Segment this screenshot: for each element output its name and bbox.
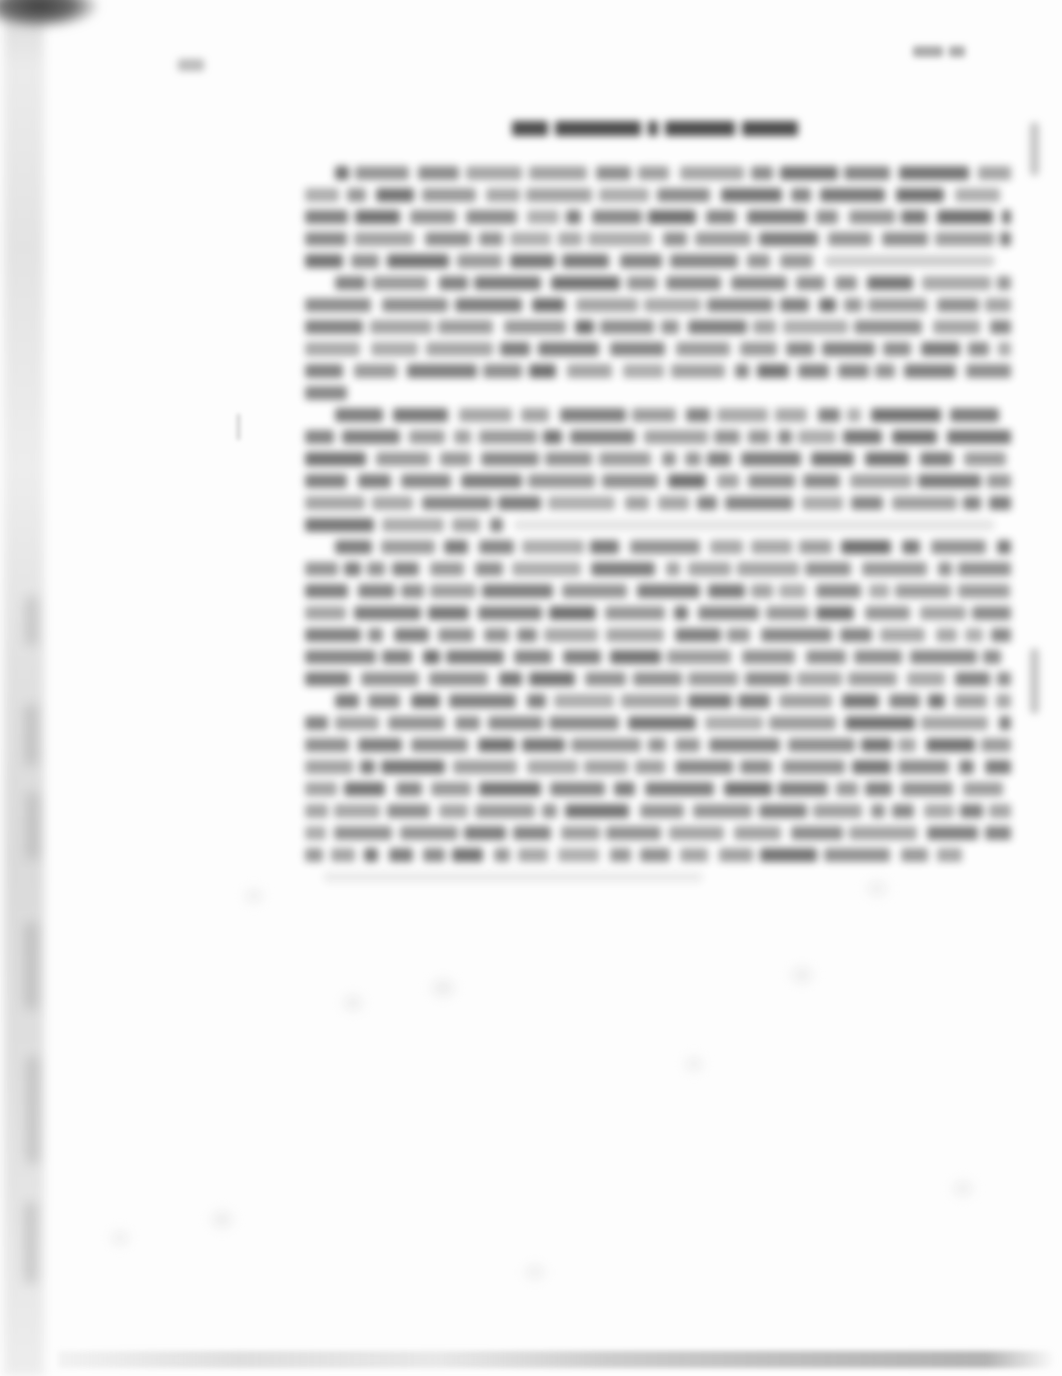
word-blob bbox=[305, 518, 374, 532]
word-blob bbox=[542, 804, 557, 818]
word-blob bbox=[644, 298, 701, 312]
word-blob bbox=[517, 628, 537, 642]
word-blob bbox=[931, 540, 986, 554]
word-blob bbox=[554, 694, 614, 708]
word-blob bbox=[479, 540, 514, 554]
word-blob bbox=[734, 826, 781, 840]
word-blob bbox=[305, 738, 349, 752]
word-blob bbox=[769, 716, 836, 730]
word-blob bbox=[955, 188, 1000, 202]
word-blob bbox=[663, 232, 687, 246]
word-blob bbox=[610, 342, 665, 356]
word-blob bbox=[748, 474, 795, 488]
word-blob bbox=[868, 298, 927, 312]
word-blob bbox=[510, 254, 555, 268]
word-blob bbox=[178, 59, 204, 71]
word-blob bbox=[351, 254, 379, 268]
word-blob bbox=[685, 452, 701, 466]
word-blob bbox=[669, 826, 724, 840]
word-blob bbox=[518, 848, 548, 862]
word-blob bbox=[430, 584, 476, 598]
paper-spot bbox=[344, 996, 362, 1010]
word-blob bbox=[305, 474, 347, 488]
word-blob bbox=[937, 848, 962, 862]
word-blob bbox=[901, 210, 927, 224]
word-blob bbox=[740, 760, 772, 774]
word-blob bbox=[640, 848, 670, 862]
word-blob bbox=[670, 254, 738, 268]
word-blob bbox=[697, 496, 717, 510]
word-blob bbox=[305, 716, 328, 730]
word-blob bbox=[907, 672, 945, 686]
word-blob bbox=[918, 474, 981, 488]
word-blob bbox=[600, 320, 654, 334]
word-blob bbox=[527, 760, 578, 774]
word-blob bbox=[949, 46, 965, 57]
blurred-text-line bbox=[305, 580, 1011, 602]
word-blob bbox=[364, 848, 378, 862]
blurred-text-line bbox=[305, 272, 1011, 294]
word-blob bbox=[513, 826, 551, 840]
word-blob bbox=[305, 760, 353, 774]
word-blob bbox=[674, 606, 688, 620]
word-blob bbox=[305, 584, 348, 598]
word-blob bbox=[621, 694, 681, 708]
word-blob bbox=[818, 408, 840, 422]
word-blob bbox=[936, 628, 957, 642]
word-blob bbox=[558, 232, 582, 246]
word-blob bbox=[610, 848, 631, 862]
word-blob bbox=[997, 276, 1011, 290]
word-blob bbox=[479, 782, 541, 796]
word-blob bbox=[688, 672, 738, 686]
word-blob bbox=[335, 716, 379, 730]
word-blob bbox=[396, 782, 422, 796]
word-blob bbox=[737, 562, 799, 576]
word-blob bbox=[610, 650, 661, 664]
word-blob bbox=[927, 826, 978, 840]
word-blob bbox=[522, 540, 584, 554]
word-blob bbox=[955, 672, 990, 686]
word-blob bbox=[486, 188, 520, 202]
blurred-text-line bbox=[305, 448, 1011, 470]
word-blob bbox=[797, 672, 842, 686]
word-blob bbox=[921, 342, 960, 356]
word-blob bbox=[648, 738, 666, 752]
word-blob bbox=[423, 650, 440, 664]
word-blob bbox=[527, 210, 559, 224]
word-blob bbox=[464, 826, 506, 840]
word-blob bbox=[527, 694, 546, 708]
word-blob bbox=[688, 694, 732, 708]
word-blob bbox=[658, 496, 689, 510]
paper-spot bbox=[246, 890, 262, 902]
word-blob bbox=[745, 672, 791, 686]
word-blob bbox=[562, 584, 627, 598]
word-blob bbox=[989, 496, 1011, 510]
word-blob bbox=[707, 452, 731, 466]
word-blob bbox=[418, 166, 459, 180]
word-blob bbox=[747, 254, 770, 268]
word-blob bbox=[614, 782, 635, 796]
blurred-text-line bbox=[305, 822, 1011, 844]
word-blob bbox=[358, 474, 391, 488]
word-blob bbox=[394, 628, 429, 642]
word-blob bbox=[376, 188, 414, 202]
word-blob bbox=[904, 364, 956, 378]
blurred-text-line bbox=[305, 712, 1011, 734]
word-blob bbox=[665, 121, 735, 136]
blurred-text-line bbox=[305, 250, 1011, 272]
word-blob bbox=[410, 210, 456, 224]
word-blob bbox=[571, 738, 641, 752]
word-blob bbox=[305, 606, 346, 620]
word-blob bbox=[638, 166, 669, 180]
word-blob bbox=[791, 188, 811, 202]
word-blob bbox=[454, 430, 471, 444]
word-blob bbox=[869, 584, 889, 598]
word-blob bbox=[475, 804, 535, 818]
blurred-text-line bbox=[305, 426, 1011, 448]
word-blob bbox=[709, 738, 780, 752]
word-blob bbox=[482, 584, 553, 598]
word-blob bbox=[963, 782, 1003, 796]
word-blob bbox=[644, 430, 708, 444]
word-blob bbox=[459, 408, 512, 422]
word-blob bbox=[662, 452, 676, 466]
word-blob bbox=[920, 606, 966, 620]
word-blob bbox=[668, 474, 706, 488]
gutter-smudge bbox=[25, 922, 37, 1010]
word-blob bbox=[347, 188, 366, 202]
word-blob bbox=[305, 298, 371, 312]
word-blob bbox=[358, 738, 402, 752]
word-blob bbox=[844, 298, 862, 312]
word-blob bbox=[892, 430, 937, 444]
binding-gutter-shadow bbox=[4, 0, 44, 1376]
word-blob bbox=[844, 166, 890, 180]
word-blob bbox=[759, 804, 807, 818]
word-blob bbox=[431, 782, 471, 796]
word-blob bbox=[989, 804, 1011, 818]
word-blob bbox=[759, 232, 818, 246]
word-blob bbox=[368, 694, 400, 708]
word-blob bbox=[478, 606, 542, 620]
word-blob bbox=[693, 804, 752, 818]
word-blob bbox=[529, 672, 575, 686]
word-blob bbox=[453, 760, 517, 774]
word-blob bbox=[305, 342, 360, 356]
word-blob bbox=[446, 650, 504, 664]
word-blob bbox=[843, 430, 882, 444]
word-blob bbox=[562, 254, 609, 268]
word-blob bbox=[852, 760, 891, 774]
word-blob bbox=[452, 848, 483, 862]
word-blob bbox=[372, 276, 428, 290]
word-blob bbox=[998, 342, 1011, 356]
word-blob bbox=[707, 298, 773, 312]
word-blob bbox=[747, 210, 807, 224]
word-blob bbox=[740, 342, 777, 356]
blurred-text-line bbox=[305, 338, 1011, 360]
word-blob bbox=[731, 276, 787, 290]
word-blob bbox=[400, 826, 458, 840]
word-blob bbox=[902, 540, 920, 554]
word-blob bbox=[494, 848, 510, 862]
word-blob bbox=[675, 760, 733, 774]
word-blob bbox=[381, 540, 435, 554]
word-blob bbox=[479, 232, 503, 246]
word-blob bbox=[305, 188, 339, 202]
word-blob bbox=[675, 738, 700, 752]
word-blob bbox=[334, 826, 392, 840]
word-blob bbox=[816, 584, 861, 598]
word-blob bbox=[816, 606, 854, 620]
word-blob bbox=[999, 716, 1011, 730]
word-blob bbox=[822, 342, 875, 356]
word-blob bbox=[490, 518, 503, 532]
word-blob bbox=[865, 606, 910, 620]
word-blob bbox=[706, 210, 736, 224]
blurred-text-line bbox=[305, 206, 1011, 228]
word-blob bbox=[335, 540, 372, 554]
word-blob bbox=[411, 738, 468, 752]
word-blob bbox=[924, 804, 954, 818]
word-blob bbox=[896, 188, 944, 202]
word-blob bbox=[461, 474, 522, 488]
gutter-smudge bbox=[27, 1056, 38, 1164]
word-blob bbox=[875, 364, 895, 378]
word-blob bbox=[335, 166, 349, 180]
word-blob bbox=[478, 738, 515, 752]
word-blob bbox=[382, 518, 444, 532]
blurred-text-line bbox=[305, 800, 1011, 822]
word-blob bbox=[367, 562, 385, 576]
word-blob bbox=[543, 430, 562, 444]
word-blob bbox=[632, 408, 676, 422]
word-blob bbox=[835, 276, 857, 290]
word-blob bbox=[889, 694, 920, 708]
word-blob bbox=[779, 584, 806, 598]
word-blob bbox=[474, 276, 541, 290]
header-right-blur bbox=[913, 42, 971, 61]
word-blob bbox=[854, 320, 922, 334]
word-blob bbox=[401, 474, 451, 488]
word-blob bbox=[305, 650, 376, 664]
word-blob bbox=[354, 232, 414, 246]
word-blob bbox=[780, 298, 809, 312]
word-blob bbox=[724, 782, 772, 796]
word-blob bbox=[538, 342, 599, 356]
word-blob bbox=[488, 716, 543, 730]
ghost-line bbox=[305, 866, 1011, 888]
word-blob bbox=[449, 694, 516, 708]
word-blob bbox=[964, 452, 1006, 466]
word-blob bbox=[529, 166, 587, 180]
word-blob bbox=[882, 232, 928, 246]
word-blob bbox=[563, 650, 601, 664]
word-blob bbox=[657, 188, 710, 202]
word-blob bbox=[966, 364, 1011, 378]
word-blob bbox=[439, 276, 468, 290]
word-blob bbox=[901, 782, 953, 796]
smudge-bar bbox=[513, 519, 995, 531]
word-blob bbox=[991, 628, 1011, 642]
word-blob bbox=[972, 606, 1011, 620]
word-blob bbox=[439, 804, 468, 818]
word-blob bbox=[883, 342, 911, 356]
word-blob bbox=[360, 760, 375, 774]
word-blob bbox=[387, 254, 449, 268]
word-blob bbox=[429, 672, 488, 686]
word-blob bbox=[937, 210, 993, 224]
word-blob bbox=[983, 650, 1001, 664]
word-blob bbox=[820, 188, 885, 202]
word-blob bbox=[968, 342, 989, 356]
word-blob bbox=[372, 496, 413, 510]
word-blob bbox=[721, 188, 782, 202]
word-blob bbox=[381, 760, 445, 774]
word-blob bbox=[741, 452, 801, 466]
stray-mark bbox=[237, 414, 240, 440]
word-blob bbox=[305, 562, 338, 576]
word-blob bbox=[985, 760, 1011, 774]
word-blob bbox=[901, 848, 928, 862]
word-blob bbox=[811, 452, 854, 466]
blurred-text-line bbox=[305, 690, 1011, 712]
word-blob bbox=[892, 496, 957, 510]
word-blob bbox=[898, 738, 916, 752]
word-blob bbox=[592, 210, 642, 224]
word-blob bbox=[799, 540, 832, 554]
word-blob bbox=[483, 364, 522, 378]
word-blob bbox=[947, 430, 1011, 444]
word-blob bbox=[987, 474, 1011, 488]
word-blob bbox=[382, 650, 412, 664]
word-blob bbox=[719, 848, 753, 862]
word-blob bbox=[862, 562, 927, 576]
word-blob bbox=[590, 540, 619, 554]
word-blob bbox=[963, 496, 981, 510]
word-blob bbox=[512, 562, 581, 576]
word-blob bbox=[671, 364, 725, 378]
word-blob bbox=[305, 430, 334, 444]
word-blob bbox=[751, 166, 773, 180]
word-blob bbox=[645, 782, 714, 796]
word-blob bbox=[455, 298, 522, 312]
word-blob bbox=[444, 540, 468, 554]
word-blob bbox=[407, 364, 477, 378]
word-blob bbox=[484, 628, 509, 642]
word-blob bbox=[371, 342, 418, 356]
paper-spot bbox=[954, 1182, 972, 1195]
word-blob bbox=[555, 121, 641, 136]
blurred-text-line bbox=[305, 668, 1011, 690]
word-blob bbox=[950, 408, 999, 422]
blurred-text-line bbox=[305, 624, 1011, 646]
word-blob bbox=[648, 210, 696, 224]
word-blob bbox=[411, 694, 440, 708]
word-blob bbox=[625, 496, 649, 510]
word-blob bbox=[751, 584, 773, 598]
word-blob bbox=[648, 121, 658, 136]
word-blob bbox=[933, 320, 980, 334]
word-blob bbox=[510, 232, 551, 246]
gutter-smudge bbox=[26, 596, 37, 646]
word-blob bbox=[602, 474, 658, 488]
paper-spot bbox=[212, 1212, 232, 1227]
word-blob bbox=[996, 694, 1011, 708]
word-blob bbox=[778, 782, 828, 796]
word-blob bbox=[305, 628, 361, 642]
word-blob bbox=[710, 540, 743, 554]
word-blob bbox=[388, 716, 445, 730]
word-blob bbox=[725, 496, 793, 510]
paper-spot bbox=[526, 1266, 544, 1278]
word-blob bbox=[796, 276, 825, 290]
word-blob bbox=[840, 628, 872, 642]
blurred-text-line bbox=[305, 184, 1011, 206]
blurred-text-line bbox=[305, 382, 1011, 404]
word-blob bbox=[806, 650, 846, 664]
word-blob bbox=[305, 452, 366, 466]
word-blob bbox=[861, 738, 892, 752]
word-blob bbox=[392, 562, 419, 576]
word-blob bbox=[576, 298, 638, 312]
blurred-text-line bbox=[305, 294, 1011, 316]
word-blob bbox=[798, 364, 829, 378]
word-blob bbox=[305, 672, 350, 686]
word-blob bbox=[305, 210, 348, 224]
word-blob bbox=[466, 210, 517, 224]
blurred-text-line bbox=[305, 536, 1011, 558]
word-blob bbox=[605, 606, 665, 620]
word-blob bbox=[305, 804, 328, 818]
word-blob bbox=[661, 320, 679, 334]
word-blob bbox=[344, 562, 361, 576]
word-blob bbox=[558, 848, 599, 862]
word-blob bbox=[742, 121, 798, 136]
word-blob bbox=[851, 496, 883, 510]
word-blob bbox=[798, 430, 836, 444]
blurred-text-line bbox=[305, 316, 1011, 338]
word-blob bbox=[548, 496, 615, 510]
word-blob bbox=[978, 166, 1011, 180]
edge-smudge bbox=[1030, 122, 1039, 176]
word-blob bbox=[422, 188, 476, 202]
word-blob bbox=[425, 232, 471, 246]
word-blob bbox=[850, 474, 912, 488]
word-blob bbox=[438, 628, 474, 642]
gutter-smudge bbox=[25, 704, 37, 766]
word-blob bbox=[606, 628, 664, 642]
word-blob bbox=[782, 760, 845, 774]
word-blob bbox=[426, 342, 493, 356]
word-blob bbox=[335, 276, 366, 290]
paper-spot bbox=[112, 1232, 128, 1244]
word-blob bbox=[688, 562, 731, 576]
word-blob bbox=[305, 364, 343, 378]
word-blob bbox=[628, 716, 696, 730]
word-blob bbox=[990, 320, 1011, 334]
word-blob bbox=[422, 496, 492, 510]
word-blob bbox=[389, 848, 413, 862]
blurred-text-line bbox=[305, 602, 1011, 624]
word-blob bbox=[305, 782, 337, 796]
word-blob bbox=[499, 672, 522, 686]
word-blob bbox=[779, 694, 832, 708]
word-blob bbox=[1002, 210, 1011, 224]
